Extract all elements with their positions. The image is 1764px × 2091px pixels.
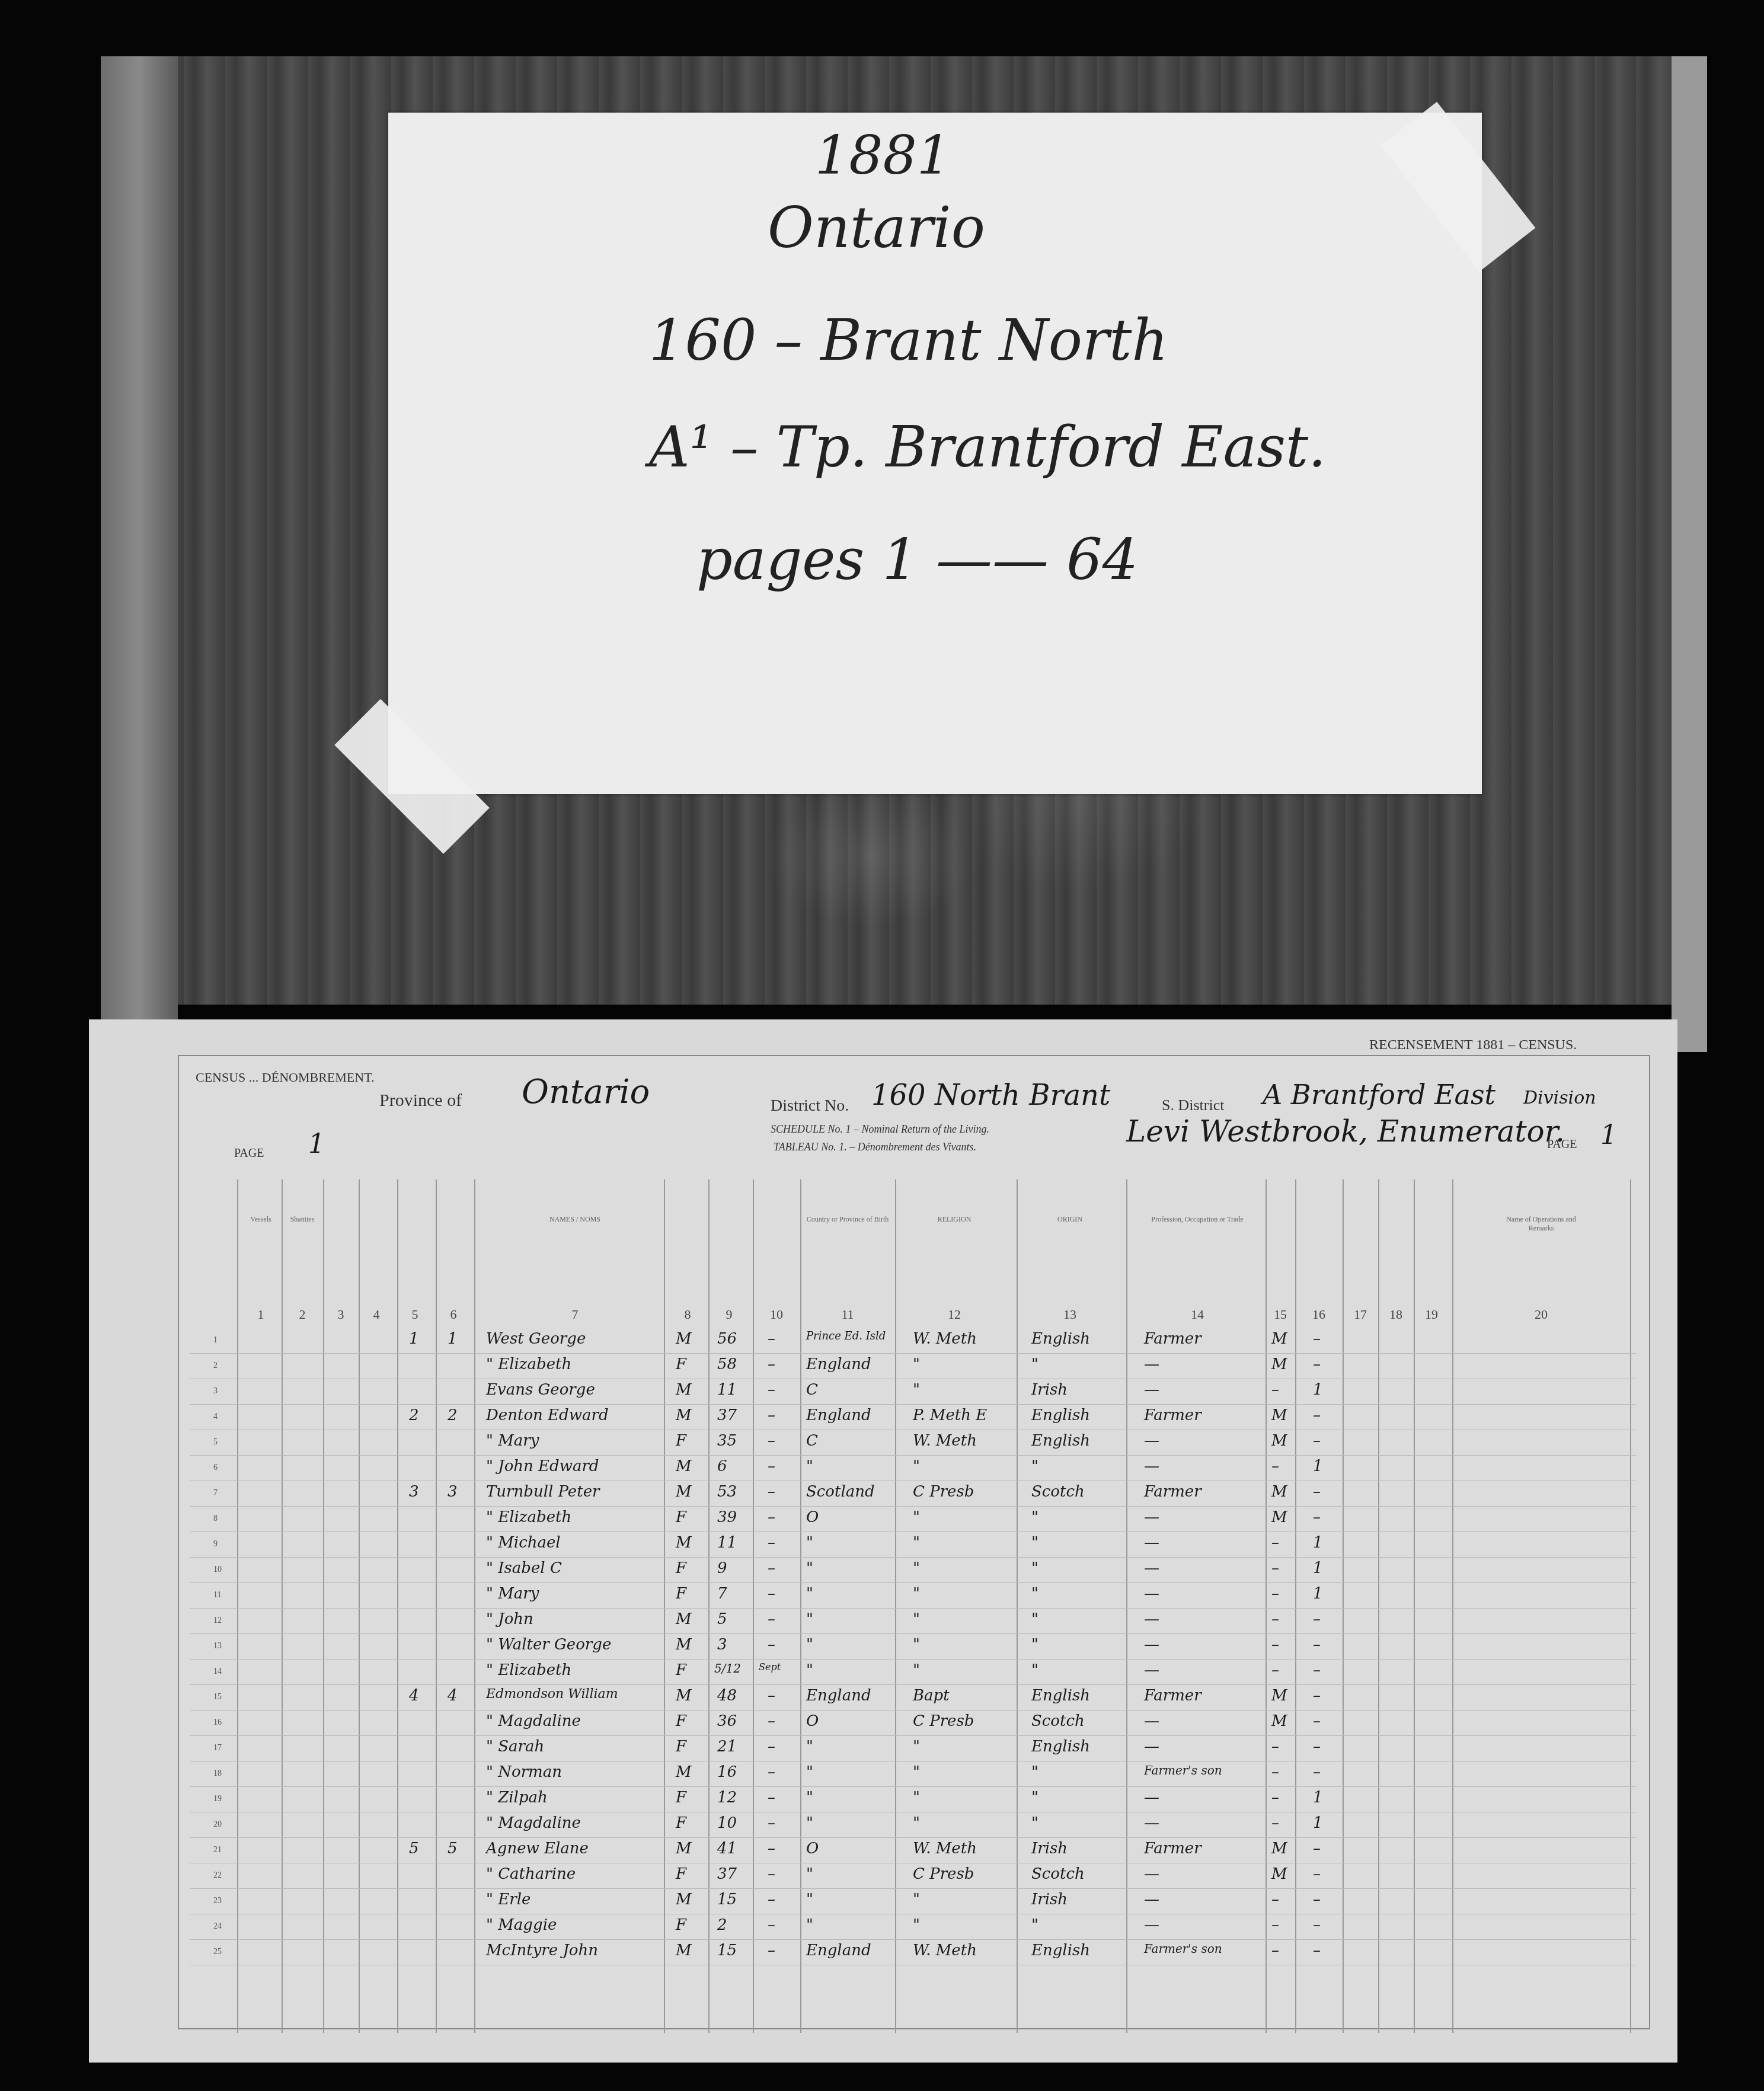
- table-row: 19" ZilpahF12–"""—–1: [190, 1786, 1636, 1812]
- page-right-label: PAGE: [1547, 1138, 1577, 1152]
- col-num-14: 14: [1191, 1307, 1204, 1322]
- table-row: 9" MichaelM11–"""—–1: [190, 1532, 1636, 1558]
- col-num-11: 11: [841, 1307, 854, 1322]
- district-label: District No.: [771, 1096, 849, 1115]
- table-row: 24" MaggieF2–"""—––: [190, 1914, 1636, 1940]
- census-label: CENSUS ... DÉNOMBREMENT.: [196, 1070, 375, 1085]
- table-row: 18" NormanM16–"""Farmer's son––: [190, 1761, 1636, 1787]
- schedule-french: TABLEAU No. 1. – Dénombrement des Vivant…: [774, 1141, 976, 1153]
- col-num-19: 19: [1425, 1307, 1438, 1322]
- table-row: 20" MagdalineF10–"""—–1: [190, 1812, 1636, 1838]
- col-head-11: Country or Province of Birth: [807, 1215, 889, 1224]
- index-card: 1881 Ontario 160 – Brant North A¹ – Tp. …: [388, 113, 1482, 794]
- col-num-10: 10: [770, 1307, 783, 1322]
- col-num-4: 4: [373, 1307, 380, 1322]
- card-province: Ontario: [768, 196, 985, 261]
- col-num-15: 15: [1274, 1307, 1287, 1322]
- page-label: PAGE: [234, 1147, 264, 1160]
- table-row: 14" ElizabethF5/12Sept"""—––: [190, 1659, 1636, 1685]
- col-num-9: 9: [726, 1307, 733, 1322]
- col-head-1: Vessels: [250, 1215, 271, 1224]
- table-row: 111West GeorgeM56–Prince Ed. IsldW. Meth…: [190, 1328, 1636, 1354]
- district-value: 160 North Brant: [871, 1079, 1110, 1112]
- col-num-2: 2: [299, 1307, 306, 1322]
- col-num-1: 1: [258, 1307, 264, 1322]
- mount-right-edge: [1672, 56, 1707, 1052]
- col-num-8: 8: [685, 1307, 691, 1322]
- page-value: 1: [308, 1129, 325, 1159]
- col-num-16: 16: [1312, 1307, 1325, 1322]
- table-row: 16" MagdalineF36–OC PresbScotch—M–: [190, 1710, 1636, 1736]
- table-row: 2155Agnew ElaneM41–OW. MethIrishFarmerM–: [190, 1837, 1636, 1863]
- schedule-english: SCHEDULE No. 1 – Nominal Return of the L…: [771, 1123, 989, 1136]
- table-row: 13" Walter GeorgeM3–"""—––: [190, 1633, 1636, 1660]
- table-row: 22" CatharineF37–"C PresbScotch—M–: [190, 1863, 1636, 1889]
- census-banner: RECENSEMENT 1881 – CENSUS.: [1369, 1037, 1577, 1053]
- col-num-5: 5: [412, 1307, 418, 1322]
- table-row: 17" SarahF21–""English—––: [190, 1735, 1636, 1761]
- table-row: 6" John EdwardM6–"""—–1: [190, 1455, 1636, 1481]
- table-row: 733Turnbull PeterM53–ScotlandC PresbScot…: [190, 1481, 1636, 1507]
- col-head-7: NAMES / NOMS: [549, 1215, 600, 1224]
- col-num-17: 17: [1354, 1307, 1367, 1322]
- division-value: Division: [1523, 1088, 1596, 1108]
- mount-left-edge: [101, 56, 178, 1028]
- column-header-grid: 1 Vessels 2 Shanties 3 4 5 6 7 NAMES / N…: [190, 1179, 1636, 1328]
- col-num-6: 6: [450, 1307, 457, 1322]
- table-row: 10" Isabel CF9–"""—–1: [190, 1557, 1636, 1583]
- col-num-12: 12: [948, 1307, 961, 1322]
- table-row: 422Denton EdwardM37–EnglandP. Meth EEngl…: [190, 1404, 1636, 1430]
- table-row: 25McIntyre JohnM15–EnglandW. MethEnglish…: [190, 1939, 1636, 1965]
- col-head-2: Shanties: [290, 1215, 315, 1224]
- col-num-13: 13: [1063, 1307, 1076, 1322]
- col-num-20: 20: [1535, 1307, 1548, 1322]
- card-year: 1881: [815, 124, 951, 187]
- province-value: Ontario: [522, 1073, 650, 1111]
- col-head-14: Profession, Occupation or Trade: [1151, 1215, 1243, 1224]
- enumerator-name: Levi Westbrook, Enumerator.: [1126, 1114, 1565, 1149]
- subdistrict-value: A Brantford East: [1263, 1079, 1495, 1111]
- table-row: 12" JohnM5–"""—––: [190, 1608, 1636, 1634]
- subdistrict-label: S. District: [1162, 1096, 1224, 1114]
- col-num-3: 3: [338, 1307, 344, 1322]
- province-label: Province of: [379, 1091, 462, 1111]
- table-row: 8" ElizabethF39–O""—M–: [190, 1506, 1636, 1532]
- table-row: 3Evans GeorgeM11–C"Irish—–1: [190, 1379, 1636, 1405]
- table-row: 11" MaryF7–"""—–1: [190, 1582, 1636, 1609]
- card-subdistrict: A¹ – Tp. Brantford East.: [649, 415, 1326, 480]
- table-row: 1544Edmondson WilliamM48–EnglandBaptEngl…: [190, 1684, 1636, 1710]
- col-head-13: ORIGIN: [1057, 1215, 1082, 1224]
- table-row: 5" MaryF35–CW. MethEnglish—M–: [190, 1430, 1636, 1456]
- col-num-7: 7: [572, 1307, 579, 1322]
- card-pages: pages 1 —— 64: [696, 527, 1138, 593]
- col-num-18: 18: [1389, 1307, 1402, 1322]
- col-head-20: Name of Operations and Remarks: [1494, 1215, 1589, 1233]
- table-row: 2" ElizabethF58–England""—M–: [190, 1353, 1636, 1379]
- page-right-value: 1: [1600, 1120, 1617, 1150]
- col-head-12: RELIGION: [938, 1215, 972, 1224]
- card-district: 160 – Brant North: [649, 308, 1168, 373]
- table-row: 23" ErleM15–""Irish—––: [190, 1888, 1636, 1914]
